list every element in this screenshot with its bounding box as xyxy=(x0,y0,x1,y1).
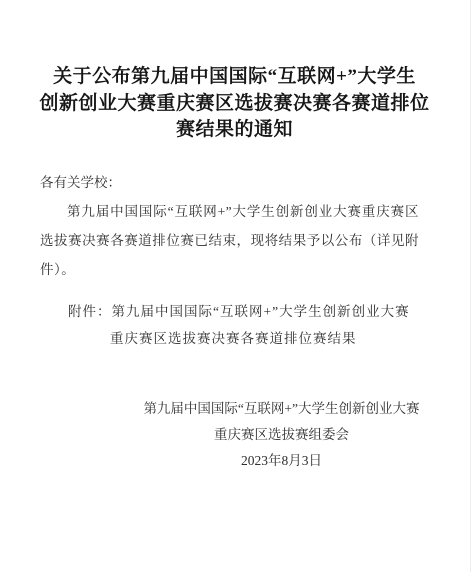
salutation: 各有关学校： xyxy=(0,168,475,197)
notice-document: 关于公布第九届中国国际“互联网+”大学生 创新创业大赛重庆赛区选拔赛决赛各赛道排… xyxy=(0,0,475,572)
attachment-title-part-2: 重庆赛区选拔赛决赛各赛道排位赛结果 xyxy=(68,325,435,352)
signature-org-line-2: 重庆赛区选拔赛组委会 xyxy=(88,422,475,448)
signature-block: 第九届中国国际“互联网+”大学生创新创业大赛 重庆赛区选拔赛组委会 2023年8… xyxy=(0,396,475,474)
attachment-line-1: 附件：第九届中国国际“互联网+”大学生创新创业大赛 xyxy=(68,298,435,325)
attachment-block: 附件：第九届中国国际“互联网+”大学生创新创业大赛 重庆赛区选拔赛决赛各赛道排位… xyxy=(0,298,475,352)
title-line-1: 关于公布第九届中国国际“互联网+”大学生 xyxy=(0,64,469,91)
signature-org-line-1: 第九届中国国际“互联网+”大学生创新创业大赛 xyxy=(88,396,475,422)
body-paragraph: 第九届中国国际“互联网+”大学生创新创业大赛重庆赛区选拔赛决赛各赛道排位赛已结束… xyxy=(0,197,475,284)
title-line-2: 创新创业大赛重庆赛区选拔赛决赛各赛道排位 xyxy=(0,91,469,118)
title-line-3: 赛结果的通知 xyxy=(0,117,469,144)
attachment-label: 附件： xyxy=(68,304,112,319)
notice-title: 关于公布第九届中国国际“互联网+”大学生 创新创业大赛重庆赛区选拔赛决赛各赛道排… xyxy=(0,0,475,144)
page-edge-line xyxy=(470,0,471,572)
attachment-title-part-1: 第九届中国国际“互联网+”大学生创新创业大赛 xyxy=(112,304,410,319)
signature-date: 2023年8月3日 xyxy=(88,448,475,474)
